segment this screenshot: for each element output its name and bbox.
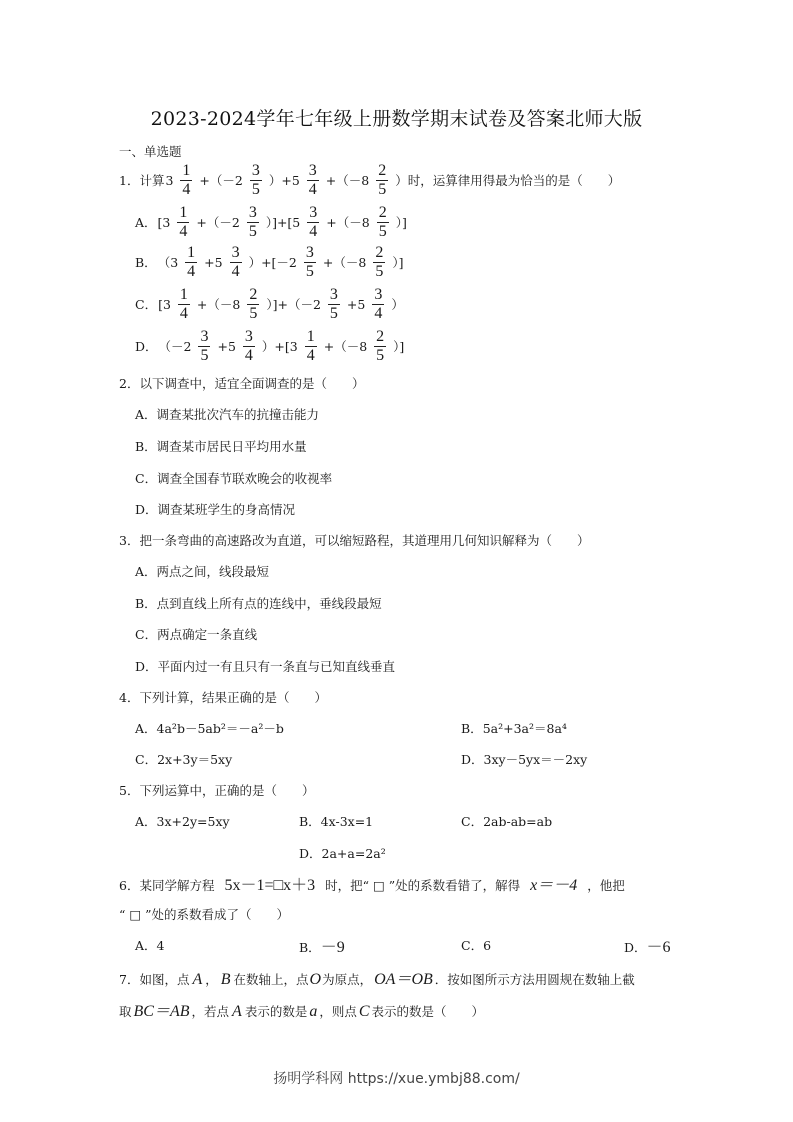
expression-text: +5 <box>216 339 236 354</box>
question-5-option-a[interactable]: A．3x+2y=5xy <box>135 812 230 830</box>
question-2-option-a[interactable]: A．调查某批次汽车的抗撞击能力 <box>135 405 319 423</box>
expression-text: [3 <box>157 215 172 230</box>
fraction: 25 <box>373 244 385 281</box>
question-4-option-b[interactable]: B．5a²+3a²＝8a⁴ <box>461 719 567 737</box>
expression-text: +（－8 <box>325 171 370 189</box>
numerator: 3 <box>307 204 319 222</box>
fraction: 34 <box>230 244 242 281</box>
option-expression: （314+534）+[－235+（－825）] <box>157 244 405 281</box>
numerator: 2 <box>247 286 259 304</box>
fraction: 35 <box>198 328 210 365</box>
point-a: A <box>232 1003 242 1020</box>
denominator: 5 <box>374 346 386 365</box>
question-1-prefix: 1．计算 <box>119 171 164 189</box>
option-label: D． <box>624 940 647 955</box>
variable-a: a <box>309 1003 317 1020</box>
expression-text: ）+5 <box>268 171 301 189</box>
equation: OA＝OB <box>374 971 433 988</box>
stem-text: ．按如图所示方法用圆规在数轴上截 <box>435 972 635 987</box>
numerator: 3 <box>304 244 316 262</box>
numerator: 3 <box>372 286 384 304</box>
fraction: 14 <box>180 162 192 199</box>
numerator: 3 <box>307 162 319 180</box>
question-6-stem-line-1: 6．某同学解方程 5x－1=□x＋3 时，把“ □ ”处的系数看错了，解得 x＝… <box>119 872 625 895</box>
question-1-expression: 314+（－235）+534+（－825）时，运算律用得最为恰当的是（ ） <box>164 162 621 199</box>
expression-text: ）]+（－2 <box>265 295 322 313</box>
expression-text: +（－8 <box>196 295 241 313</box>
stem-text: ，则点 <box>319 1004 357 1019</box>
option-text: 3xy－5yx＝－2xy <box>484 752 588 767</box>
option-label: D． <box>135 337 158 355</box>
denominator: 5 <box>304 262 316 281</box>
stem-text: 表示的数是（ ） <box>372 1004 485 1019</box>
solution-value: x＝－4 <box>530 877 577 894</box>
question-3-option-c[interactable]: C．两点确定一条直线 <box>135 625 257 643</box>
option-text: 2x+3y＝5xy <box>157 752 232 767</box>
denominator: 4 <box>178 304 190 323</box>
question-1-stem: 1．计算 314+（－235）+534+（－825）时，运算律用得最为恰当的是（… <box>119 158 621 202</box>
question-6-option-c[interactable]: C．6 <box>461 936 491 954</box>
question-2-option-d[interactable]: D．调查某班学生的身高情况 <box>135 500 295 518</box>
option-label: A． <box>135 213 157 231</box>
expression-text: （－2 <box>158 337 193 355</box>
numerator: 3 <box>328 286 340 304</box>
question-5-option-d[interactable]: D．2a+a=2a² <box>299 844 386 862</box>
numerator: 3 <box>250 162 262 180</box>
denominator: 4 <box>307 222 319 241</box>
denominator: 5 <box>376 180 388 199</box>
fraction: 25 <box>376 162 388 199</box>
fraction: 14 <box>178 286 190 323</box>
option-expression: [314+（－825）]+（－235+534） <box>157 286 405 323</box>
fraction: 34 <box>307 162 319 199</box>
denominator: 5 <box>373 262 385 281</box>
numerator: 3 <box>198 328 210 346</box>
expression-text: ）] <box>395 213 408 231</box>
fraction: 35 <box>328 286 340 323</box>
stem-text: 6．某同学解方程 <box>119 878 214 893</box>
expression-text: +（－8 <box>323 337 368 355</box>
question-2-option-c[interactable]: C．调查全国春节联欢晚会的收视率 <box>135 469 332 487</box>
denominator: 4 <box>180 180 192 199</box>
numerator: 1 <box>180 162 192 180</box>
fraction: 14 <box>305 328 317 365</box>
expression-text: +（－2 <box>198 171 243 189</box>
expression-text: +5 <box>346 297 366 312</box>
fraction: 25 <box>374 328 386 365</box>
numerator: 2 <box>376 162 388 180</box>
expression-text: ）+[－2 <box>248 253 298 271</box>
stem-text: 取 <box>119 1004 132 1019</box>
option-text: 5a²+3a²＝8a⁴ <box>483 721 567 736</box>
numerator: 2 <box>377 204 389 222</box>
question-4-option-c[interactable]: C．2x+3y＝5xy <box>135 750 232 768</box>
option-text: 4a²b－5ab²＝－a²－b <box>157 721 284 736</box>
option-value: －9 <box>321 939 345 956</box>
expression-text: ）] <box>391 253 404 271</box>
question-5-stem: 5．下列运算中，正确的是（ ） <box>119 781 314 799</box>
question-1-option-d[interactable]: D． （－235+534）+[314+（－825）] <box>135 324 405 368</box>
option-label: B． <box>299 940 321 955</box>
denominator: 5 <box>377 222 389 241</box>
option-label: D． <box>461 752 484 767</box>
expression-text: ） <box>390 295 405 313</box>
stem-text: ，若点 <box>192 1004 230 1019</box>
fraction: 34 <box>372 286 384 323</box>
question-2-option-b[interactable]: B．调查某市居民日平均用水量 <box>135 437 307 455</box>
question-3-option-b[interactable]: B．点到直线上所有点的连线中，垂线段最短 <box>135 594 382 612</box>
numerator: 2 <box>373 244 385 262</box>
numerator: 1 <box>178 286 190 304</box>
denominator: 4 <box>185 262 197 281</box>
numerator: 1 <box>185 244 197 262</box>
expression-text: +（－2 <box>195 213 240 231</box>
expression-text: ）]+[5 <box>265 213 301 231</box>
expression-text: 3 <box>164 173 174 188</box>
point-a: A <box>192 971 202 988</box>
question-2-stem: 2．以下调查中，适宜全面调查的是（ ） <box>119 374 364 392</box>
question-1-option-b[interactable]: B． （314+534）+[－235+（－825）] <box>135 240 404 284</box>
fraction: 34 <box>307 204 319 241</box>
option-label: C． <box>135 752 157 767</box>
question-3-stem: 3．把一条弯曲的高速路改为直道，可以缩短路程，其道理用几何知识解释为（ ） <box>119 531 589 549</box>
question-1-option-c[interactable]: C． [314+（－825）]+（－235+534） <box>135 282 405 326</box>
equation: BC＝AB <box>134 1003 190 1020</box>
denominator: 4 <box>305 346 317 365</box>
option-label: B． <box>135 253 157 271</box>
page-title: 2023-2024学年七年级上册数学期末试卷及答案北师大版 <box>0 104 793 131</box>
denominator: 4 <box>307 180 319 199</box>
question-6-stem-line-2: “ □ ”处的系数看成了（ ） <box>119 905 289 923</box>
fraction: 25 <box>377 204 389 241</box>
question-6-option-b[interactable]: B．－9 <box>299 934 345 957</box>
stem-text: ， <box>205 972 218 987</box>
option-value: －6 <box>647 939 671 956</box>
fraction: 35 <box>247 204 259 241</box>
question-7-stem-line-2: 取BC＝AB，若点A表示的数是a，则点C表示的数是（ ） <box>119 998 484 1021</box>
question-5-option-c[interactable]: C．2ab-ab=ab <box>461 812 552 830</box>
expression-text: （3 <box>157 253 179 271</box>
question-3-option-a[interactable]: A．两点之间，线段最短 <box>135 562 269 580</box>
denominator: 4 <box>177 222 189 241</box>
denominator: 4 <box>230 262 242 281</box>
expression-text: +（－8 <box>322 253 367 271</box>
question-4-option-a[interactable]: A．4a²b－5ab²＝－a²－b <box>135 719 284 737</box>
question-3-option-d[interactable]: D．平面内过一有且只有一条直与已知直线垂直 <box>135 657 395 675</box>
expression-text: +5 <box>203 255 223 270</box>
point-b: B <box>221 971 231 988</box>
denominator: 4 <box>372 304 384 323</box>
question-5-option-b[interactable]: B．4x-3x=1 <box>299 812 373 830</box>
denominator: 4 <box>243 346 255 365</box>
denominator: 5 <box>328 304 340 323</box>
point-o: O <box>310 971 322 988</box>
numerator: 2 <box>374 328 386 346</box>
stem-text: 时，把“ □ ”处的系数看错了，解得 <box>325 878 520 893</box>
option-expression: [314+（－235）]+[534+（－825）] <box>157 204 408 241</box>
fraction: 35 <box>304 244 316 281</box>
numerator: 1 <box>305 328 317 346</box>
question-6-option-a[interactable]: A．4 <box>135 936 164 954</box>
fraction: 35 <box>250 162 262 199</box>
expression-text: +（－8 <box>325 213 370 231</box>
denominator: 5 <box>198 346 210 365</box>
stem-text: 为原点， <box>322 972 372 987</box>
equation: 5x－1=□x＋3 <box>224 877 315 894</box>
denominator: 5 <box>247 222 259 241</box>
fraction: 14 <box>177 204 189 241</box>
expression-text: [3 <box>157 297 172 312</box>
fraction: 25 <box>247 286 259 323</box>
stem-text: 在数轴上，点 <box>234 972 309 987</box>
stem-text: ，他把 <box>587 878 625 893</box>
question-7-stem-line-1: 7．如图，点A，B在数轴上，点O为原点，OA＝OB．按如图所示方法用圆规在数轴上… <box>119 966 635 989</box>
expression-text: ）+[3 <box>261 337 299 355</box>
option-label: C． <box>135 295 157 313</box>
point-c: C <box>359 1003 370 1020</box>
question-1-option-a[interactable]: A． [314+（－235）]+[534+（－825）] <box>135 200 408 244</box>
question-6-option-d[interactable]: D．－6 <box>624 934 671 957</box>
numerator: 3 <box>230 244 242 262</box>
question-4-option-d[interactable]: D．3xy－5yx＝－2xy <box>461 750 587 768</box>
expression-text: ）] <box>392 337 405 355</box>
option-expression: （－235+534）+[314+（－825）] <box>158 328 406 365</box>
stem-text: 表示的数是 <box>245 1004 308 1019</box>
expression-text: ）时，运算律用得最为恰当的是（ ） <box>394 171 621 189</box>
footer-watermark: 扬明学科网 https://xue.ymbj88.com/ <box>0 1068 793 1088</box>
fraction: 34 <box>243 328 255 365</box>
fraction: 14 <box>185 244 197 281</box>
denominator: 5 <box>250 180 262 199</box>
numerator: 3 <box>243 328 255 346</box>
option-label: A． <box>135 721 157 736</box>
option-label: B． <box>461 721 483 736</box>
question-4-stem: 4．下列计算，结果正确的是（ ） <box>119 688 327 706</box>
denominator: 5 <box>247 304 259 323</box>
numerator: 1 <box>177 204 189 222</box>
numerator: 3 <box>247 204 259 222</box>
stem-text: 7．如图，点 <box>119 972 189 987</box>
